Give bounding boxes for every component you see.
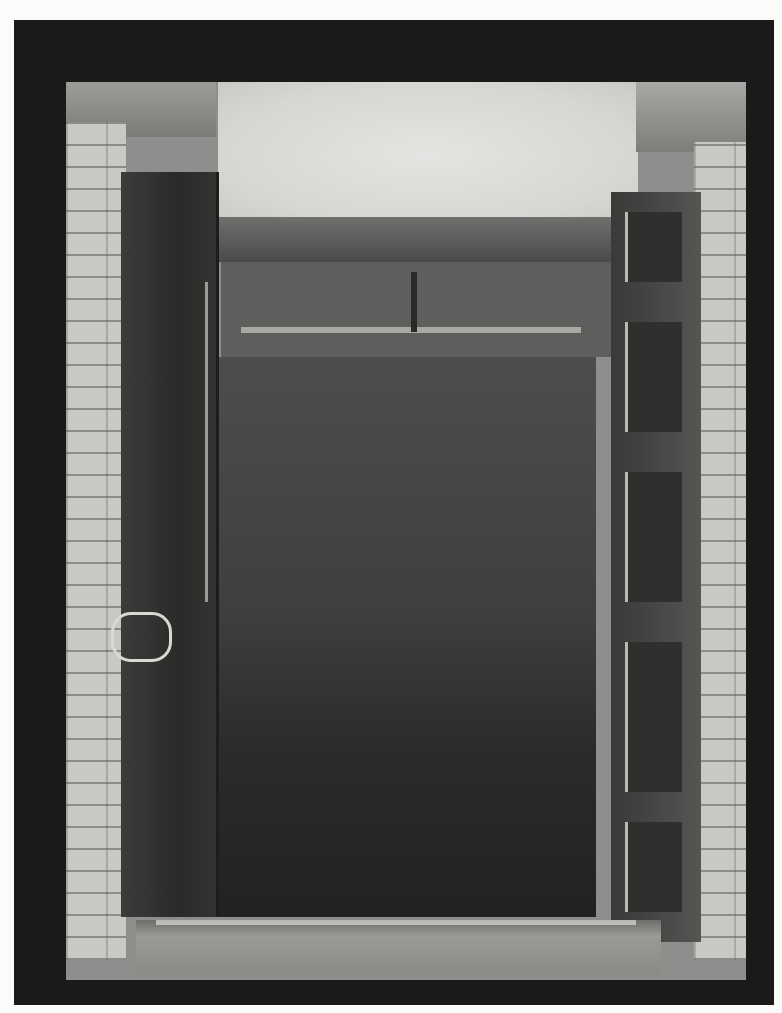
open-door-right (611, 192, 701, 942)
door-panel (625, 212, 682, 282)
door-panel (625, 322, 682, 432)
vault-header-panel (221, 262, 621, 357)
door-panel (625, 822, 682, 912)
brick-pillar-right (694, 142, 746, 960)
header-post (411, 272, 417, 332)
sill-highlight (156, 920, 636, 925)
sky-background (218, 82, 638, 227)
black-border-frame (14, 20, 774, 1005)
stone-lintel (206, 217, 636, 262)
door-panel (625, 472, 682, 602)
photograph (66, 82, 746, 980)
open-door-left (121, 172, 219, 917)
ring-handle-icon (111, 612, 172, 662)
brick-pillar-left (66, 122, 126, 960)
vault-interior (216, 357, 596, 917)
door-edge-highlight (205, 282, 208, 602)
door-panel (625, 642, 682, 792)
stone-sill (136, 920, 661, 975)
